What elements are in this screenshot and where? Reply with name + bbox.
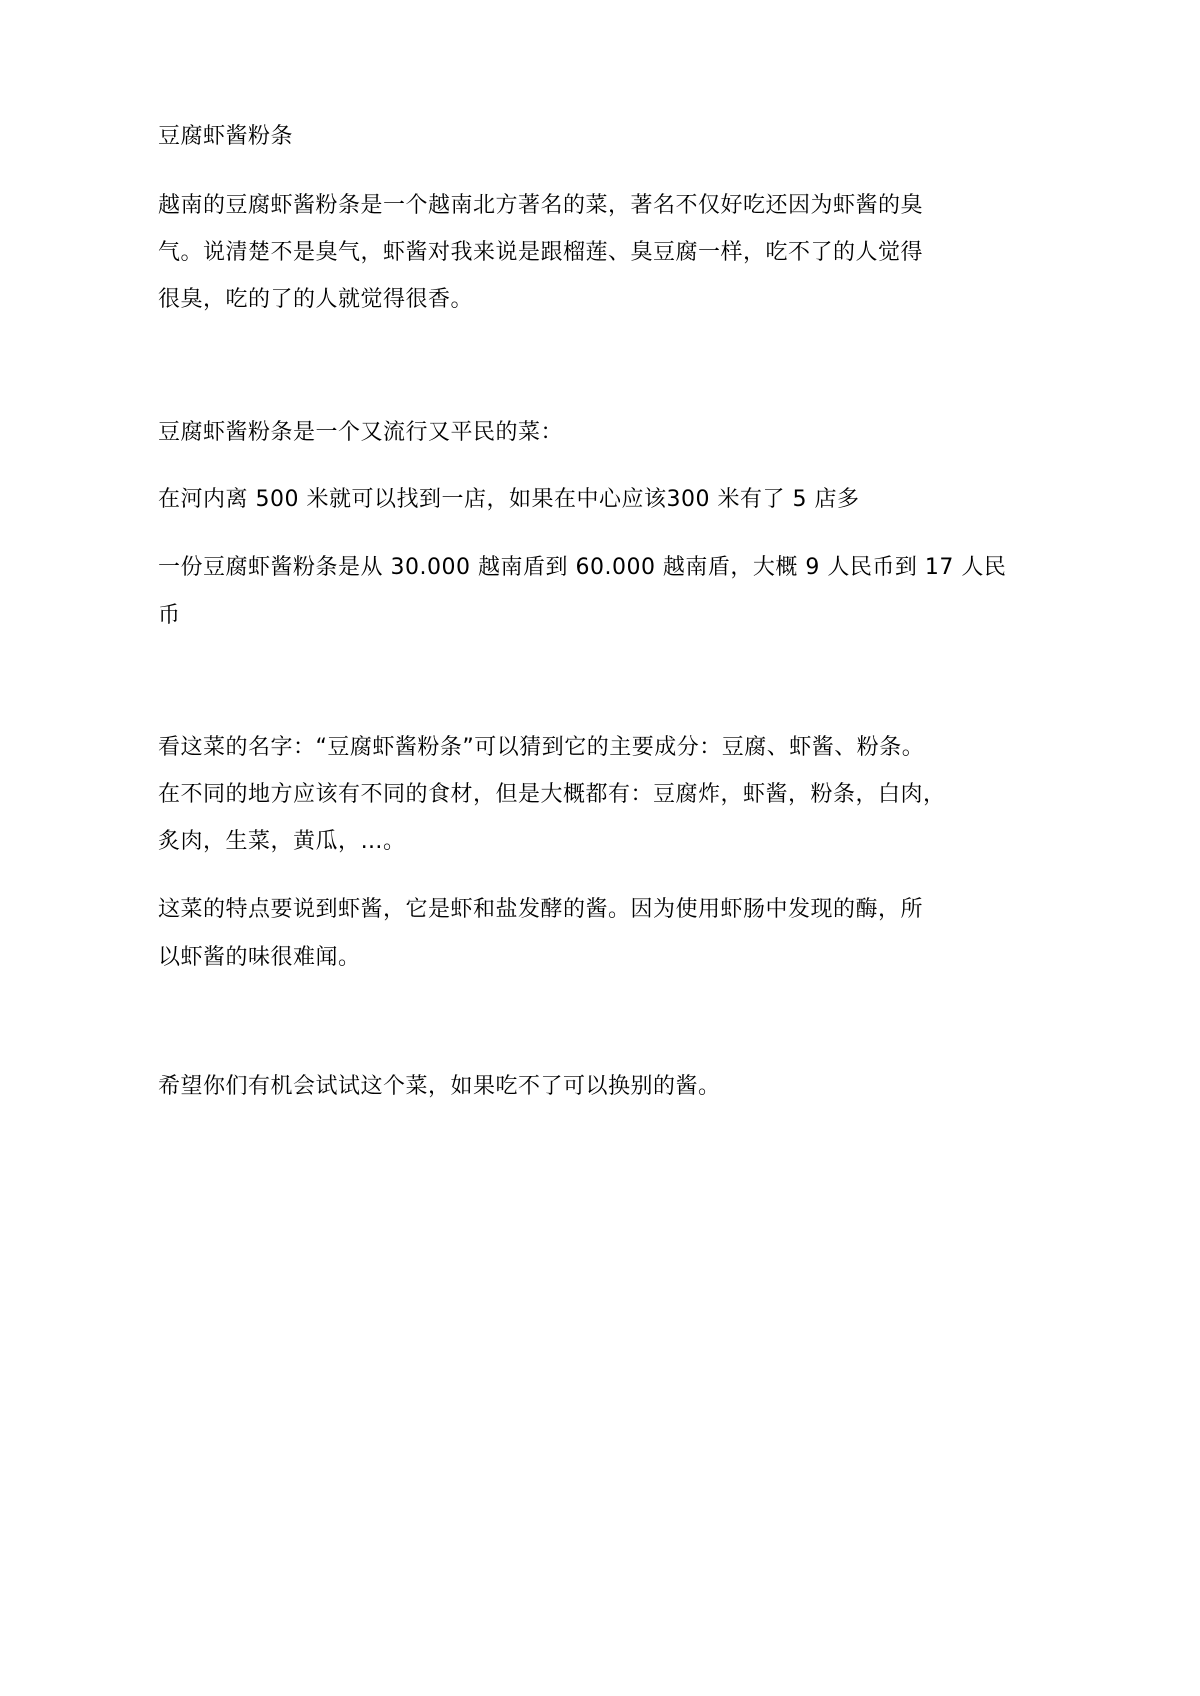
paragraph-line: 很臭，吃的了的人就觉得很香。 — [158, 285, 1058, 315]
paragraph-line: 一份豆腐虾酱粉条是从 30.000 越南盾到 60.000 越南盾，大概 9 人… — [158, 553, 1058, 583]
paragraph-line: 在不同的地方应该有不同的食材，但是大概都有：豆腐炸，虾酱，粉条，白肉， — [158, 780, 1058, 810]
document-title: 豆腐虾酱粉条 — [158, 122, 1058, 152]
paragraph-line: 希望你们有机会试试这个菜，如果吃不了可以换别的酱。 — [158, 1072, 1058, 1102]
paragraph-line: 这菜的特点要说到虾酱，它是虾和盐发酵的酱。因为使用虾肠中发现的酶，所 — [158, 895, 1058, 925]
paragraph-line: 币 — [158, 601, 1058, 631]
paragraph-line: 在河内离 500 米就可以找到一店，如果在中心应该300 米有了 5 店多 — [158, 485, 1058, 515]
paragraph-line: 气。说清楚不是臭气，虾酱对我来说是跟榴莲、臭豆腐一样，吃不了的人觉得 — [158, 238, 1058, 268]
paragraph-line: 炙肉，生菜，黄瓜，…。 — [158, 827, 1058, 857]
paragraph-line: 以虾酱的味很难闻。 — [158, 943, 1058, 973]
document-page: 豆腐虾酱粉条 越南的豆腐虾酱粉条是一个越南北方著名的菜，著名不仅好吃还因为虾酱的… — [0, 0, 1200, 1696]
paragraph-line: 豆腐虾酱粉条是一个又流行又平民的菜： — [158, 418, 1058, 448]
paragraph-line: 看这菜的名字：“豆腐虾酱粉条”可以猜到它的主要成分：豆腐、虾酱、粉条。 — [158, 733, 1058, 763]
paragraph-line: 越南的豆腐虾酱粉条是一个越南北方著名的菜，著名不仅好吃还因为虾酱的臭 — [158, 191, 1058, 221]
